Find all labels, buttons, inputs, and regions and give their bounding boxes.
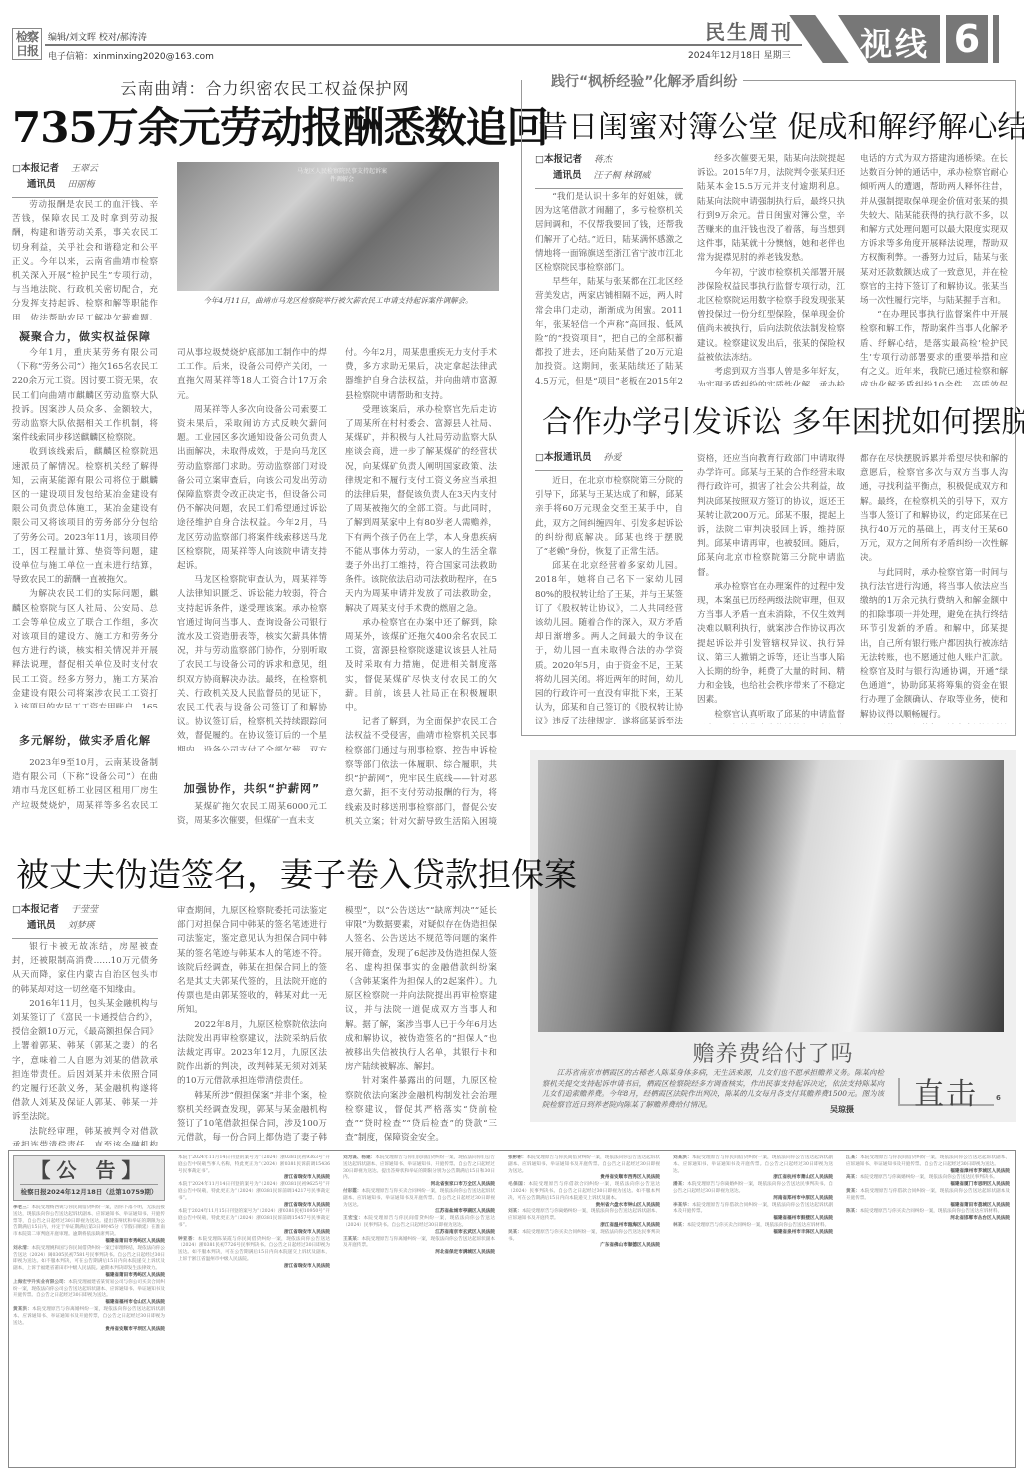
article4-col1: 银行卡被无故冻结，房屋被查封，还被限制高消费……10万元债务从天而降，家住内蒙古… [12, 940, 158, 1146]
feature-photographer: 吴琼摄 [830, 1104, 854, 1115]
notice-item: 王某某：本院受理原告与你离婚纠纷一案，现依法向你公告送达起诉状副本及开庭传票。河… [343, 1237, 495, 1257]
article1-col3: 付。今年2月，周某患重疾无力支付手术费，多方求助无果后，决定拿起法律武器维护自身… [345, 346, 497, 830]
masthead: 检察日报 编辑/刘文晖 校对/郝涛涛 电子信箱：xinminxing2020@1… [0, 0, 1024, 66]
article1-col2: 司从事垃圾焚烧炉底部加工制作中的焊工工作。后来，设备公司停产关闭，一直拖欠周某祥… [177, 346, 327, 751]
photo-banner: 马龙区人民检察院民事支持起诉案件调解会 [297, 168, 387, 184]
notice-item: 刘为谋、杨建：本院受理原告与你们民间借贷纠纷一案，现依法向你们公告送达起诉状副本… [343, 1155, 495, 1189]
notice-column-1: 李老三：本院受理杨西锐与你民间借贷纠纷一案，因你下落不明，无法直接送达，现依法向… [13, 1205, 165, 1463]
article1-lead: 劳动报酬是农民工的血汗钱、辛苦钱，保障农民工及时拿到劳动报酬，构建和谐劳动关系，… [12, 198, 158, 320]
article2-col3: 电话的方式为双方搭建沟通桥梁。在长达数百分钟的通话中，承办检察官耐心倾听两人的遭… [860, 152, 1008, 386]
notice-item: 吴某：本院受理原告与你买卖合同纠纷一案，现依法向你公告送达民事判决书。广东省佛山… [508, 1230, 660, 1250]
notices-title: 【公 告】 [14, 1156, 164, 1184]
article3-col3: 都存在尽快摆脱诉累并希望尽快和解的意愿后，检察官多次与双方当事人沟通，寻找利益平… [860, 452, 1008, 724]
byline-reporter-label: □本报记者 [12, 163, 59, 174]
article4-col3: 模型”，以“公告送达”“缺席判决”“延长审限”为数据要素，对疑似存在伪造担保人签… [345, 904, 497, 1146]
notice-item: 王宏宝：本院受理原告与你民间借贷纠纷一案，现依法向你公告送达（2024）民事判决… [343, 1216, 495, 1236]
page-number: 6 [954, 17, 980, 61]
notice-column-5: 刘某洪：本院受理原告与你民间借贷纠纷一案，现依法向你公告送达起诉状副本、应诉通知… [673, 1155, 833, 1463]
byline-reporter: 王翠云 [71, 164, 98, 174]
notice-item: 江某：本院受理原告与你民间借贷纠纷一案，现依法向你公告送达起诉状副本、应诉通知书… [846, 1155, 1010, 1175]
article1-headline: 735万余元劳动报酬悉数追回 [12, 102, 548, 154]
article3-byline: □本报通讯员孙爱 [535, 450, 683, 471]
notice-item: 毛保国：本院受理原告与你借款合同纠纷一案，现依法向你公告送达（2024）民事判决… [508, 1182, 660, 1209]
notice-item: 张彬彬：本院受理原告与你民间借贷纠纷一案，现依法向你公告送达起诉状副本、应诉通知… [508, 1155, 660, 1182]
column-tag-suffix: 6 [996, 1094, 1001, 1102]
notice-item: 上海宏宇升实业有限公司：本院受理福建省某贸易公司与你公司买卖合同纠纷一案，现依法… [13, 1280, 165, 1307]
article2-col2: 经多次催要无果，陆某向法院提起诉讼。2015年7月，法院判令张某归还陆某本金15… [697, 152, 845, 386]
notice-item: 林某：本院受理原告与你买卖合同纠纷一案，现依法向你公告送达应诉材料。福建省泉州市… [673, 1223, 833, 1237]
byline-corr-label: 通讯员 [27, 179, 56, 190]
notice-item: 刘某洪：本院受理原告与你民间借贷纠纷一案，现依法向你公告送达起诉状副本、应诉通知… [673, 1155, 833, 1182]
byline-corr: 田丽梅 [68, 180, 95, 190]
article3-col2: 资格，还应当向教育行政部门申请取得办学许可。邱某与王某的合作经营未取得行政许可，… [697, 452, 845, 724]
page-number-badge: 6 [946, 15, 988, 63]
article4-headline: 被丈夫伪造签名，妻子卷入贷款担保案 [16, 853, 577, 897]
notice-item: 陈某：本院受理原告与你买卖合同纠纷一案，现依法向你公告送达应诉材料。河北省邯郸市… [846, 1209, 1010, 1223]
newspaper-logo: 检察日报 [12, 28, 42, 60]
article3-col1: 近日，在北京市检察院第三分院的引导下，邱某与王某达成了和解，邱某亲手将60万元现… [535, 474, 683, 724]
article1-subhead-2: 多元解纷，做实矛盾化解 [12, 732, 158, 748]
article1-byline: □本报记者王翠云 通讯员田丽梅 [12, 161, 158, 198]
feature-photo [538, 760, 1004, 1032]
article2-headline: 昔日闺蜜对簿公堂 促成和解纾解心结 [538, 108, 1024, 148]
notice-column-2: 本院于2024年11月14日刊登的案号为“（2024）浙0381民初9363号”… [178, 1155, 330, 1463]
section-name-badge: 视线 [838, 15, 940, 63]
article2-byline: □本报记者蒋杰 通讯员汪子桐 林钢威 [535, 152, 683, 189]
article2-banner: 践行“枫桥经验”化解矛盾纠纷 [545, 71, 743, 91]
notices-header: 【公 告】 检察日报2024年12月18日（总第10759期） [13, 1155, 165, 1201]
notice-item: 本院于2024年11月14日刊登的案号为“（2024）浙0381民初9625号”… [178, 1182, 330, 1209]
article4-col2: 审查期间，九原区检察院委托司法鉴定部门对担保合同中韩某的签名笔迹进行司法鉴定，鉴… [177, 904, 327, 1146]
article2-col1: “我们是认识十多年的好姐妹，就因为这笔借款才闹翻了，多亏检察机关居间调和，不仅帮… [535, 190, 683, 386]
notice-column-6: 江某：本院受理原告与你民间借贷纠纷一案，现依法向你公告送达起诉状副本、应诉通知书… [846, 1155, 1010, 1463]
notice-item: 刘某：本院受理原告与你离婚纠纷一案，现依法向你公告送达起诉状副本、应诉通知书及开… [508, 1209, 660, 1229]
article4-byline: □本报记者于莹莹 通讯员刘梦瑛 [12, 902, 158, 939]
article1-col2-tail: 某煤矿拖欠农民工周某6000元工资，周某多次催要，但煤矿一直未支 [177, 800, 327, 830]
notice-item: 钟亚香：本院受理陈某霞与你民间借贷纠纷一案，现依法向你公告送达（2024）浙03… [178, 1237, 330, 1271]
article1-photo-caption: 今年4月11日，曲靖市马龙区检察院举行被欠薪农民工申请支持起诉案件调解会。 [177, 295, 499, 306]
article1-col1: 今年1月，重庆某劳务有限公司（下称“劳务公司”）拖欠165名农民工220余万元工… [12, 346, 158, 708]
notice-item: 黄某：本院受理原告与你借款合同纠纷一案，现依法向你公告送达起诉状副本及开庭传票。… [846, 1189, 1010, 1209]
issue-date: 2024年12月18日 星期三 [688, 48, 791, 61]
notice-item: 黄某洪：本院受理原告与你离婚纠纷一案，现依法向你公告送达起诉状副本、应诉通知书、… [13, 1307, 165, 1334]
article1-subhead-1: 凝聚合力，做实权益保障 [12, 328, 158, 344]
editor-line: 编辑/刘文晖 校对/郝涛涛 [48, 30, 147, 43]
column-tag: 直击 [914, 1069, 978, 1113]
frame-top-rule [700, 80, 1016, 81]
article3-headline: 合作办学引发诉讼 多年困扰如何摆脱 [542, 403, 1024, 443]
notice-item: 李某华：本院受理原告与你借款合同纠纷一案，现依法向你公告送达起诉状副本及开庭传票… [673, 1203, 833, 1223]
section-name: 视线 [860, 19, 930, 65]
notice-item: 本院于2024年11月15日刊登的案号为“（2024）浙0381民初10950号… [178, 1209, 330, 1236]
email-line: 电子信箱：xinminxing2020@163.com [48, 49, 214, 62]
notice-item: 高某：本院受理原告与你离婚纠纷一案，现依法向你公告送达民事判决书。福建省厦门市思… [846, 1175, 1010, 1189]
section-weekly: 民生周刊 [705, 16, 793, 45]
article1-photo: 马龙区人民检察院民事支持起诉案件调解会 [177, 162, 499, 291]
notice-item: 李老三：本院受理杨西锐与你民间借贷纠纷一案，因你下落不明，无法直接送达，现依法向… [13, 1205, 165, 1246]
feature-title: 赡养费给付了吗 [530, 1037, 1016, 1068]
notice-item: 本院于2024年11月14日刊登的案号为“（2024）浙0381民初9363号”… [178, 1155, 330, 1182]
masthead-end-bar [993, 15, 999, 63]
notice-item: 刘永清：本院受理姚和国与你民间借贷纠纷一案已审理终结，现依法向你公告送达（202… [13, 1246, 165, 1280]
notice-item: 潘某：本院受理原告与你离婚纠纷一案，现依法向你公告送达民事判决书。自公告之日起经… [673, 1182, 833, 1202]
article1-col1-tail: 2023年9至10月，云南某设备制造有限公司（下称“设备公司”）在曲靖市马龙区虹… [12, 756, 158, 814]
article1-subhead-3: 加强协作，共织“护薪网” [177, 780, 327, 796]
photo-feature: 赡养费给付了吗 江苏省南京市栖霞区的古稀老人陈某身体多病，无生活来源，儿女们也不… [530, 750, 1016, 1122]
notice-column-4: 张彬彬：本院受理原告与你民间借贷纠纷一案，现依法向你公告送达起诉状副本、应诉通知… [508, 1155, 660, 1463]
notices-subtitle: 检察日报2024年12月18日（总第10759期） [20, 1184, 158, 1196]
notice-column-3: 刘为谋、杨建：本院受理原告与你们民间借贷纠纷一案，现依法向你们公告送达起诉状副本… [343, 1155, 495, 1463]
notice-item: 付彩霞：本院受理原告与你买卖合同纠纷一案，现依法向你公告送达起诉状副本、应诉通知… [343, 1189, 495, 1216]
masthead-rule [45, 44, 802, 46]
article1-kicker: 云南曲靖：合力织密农民工权益保护网 [100, 76, 430, 99]
masthead-slash [789, 15, 849, 63]
